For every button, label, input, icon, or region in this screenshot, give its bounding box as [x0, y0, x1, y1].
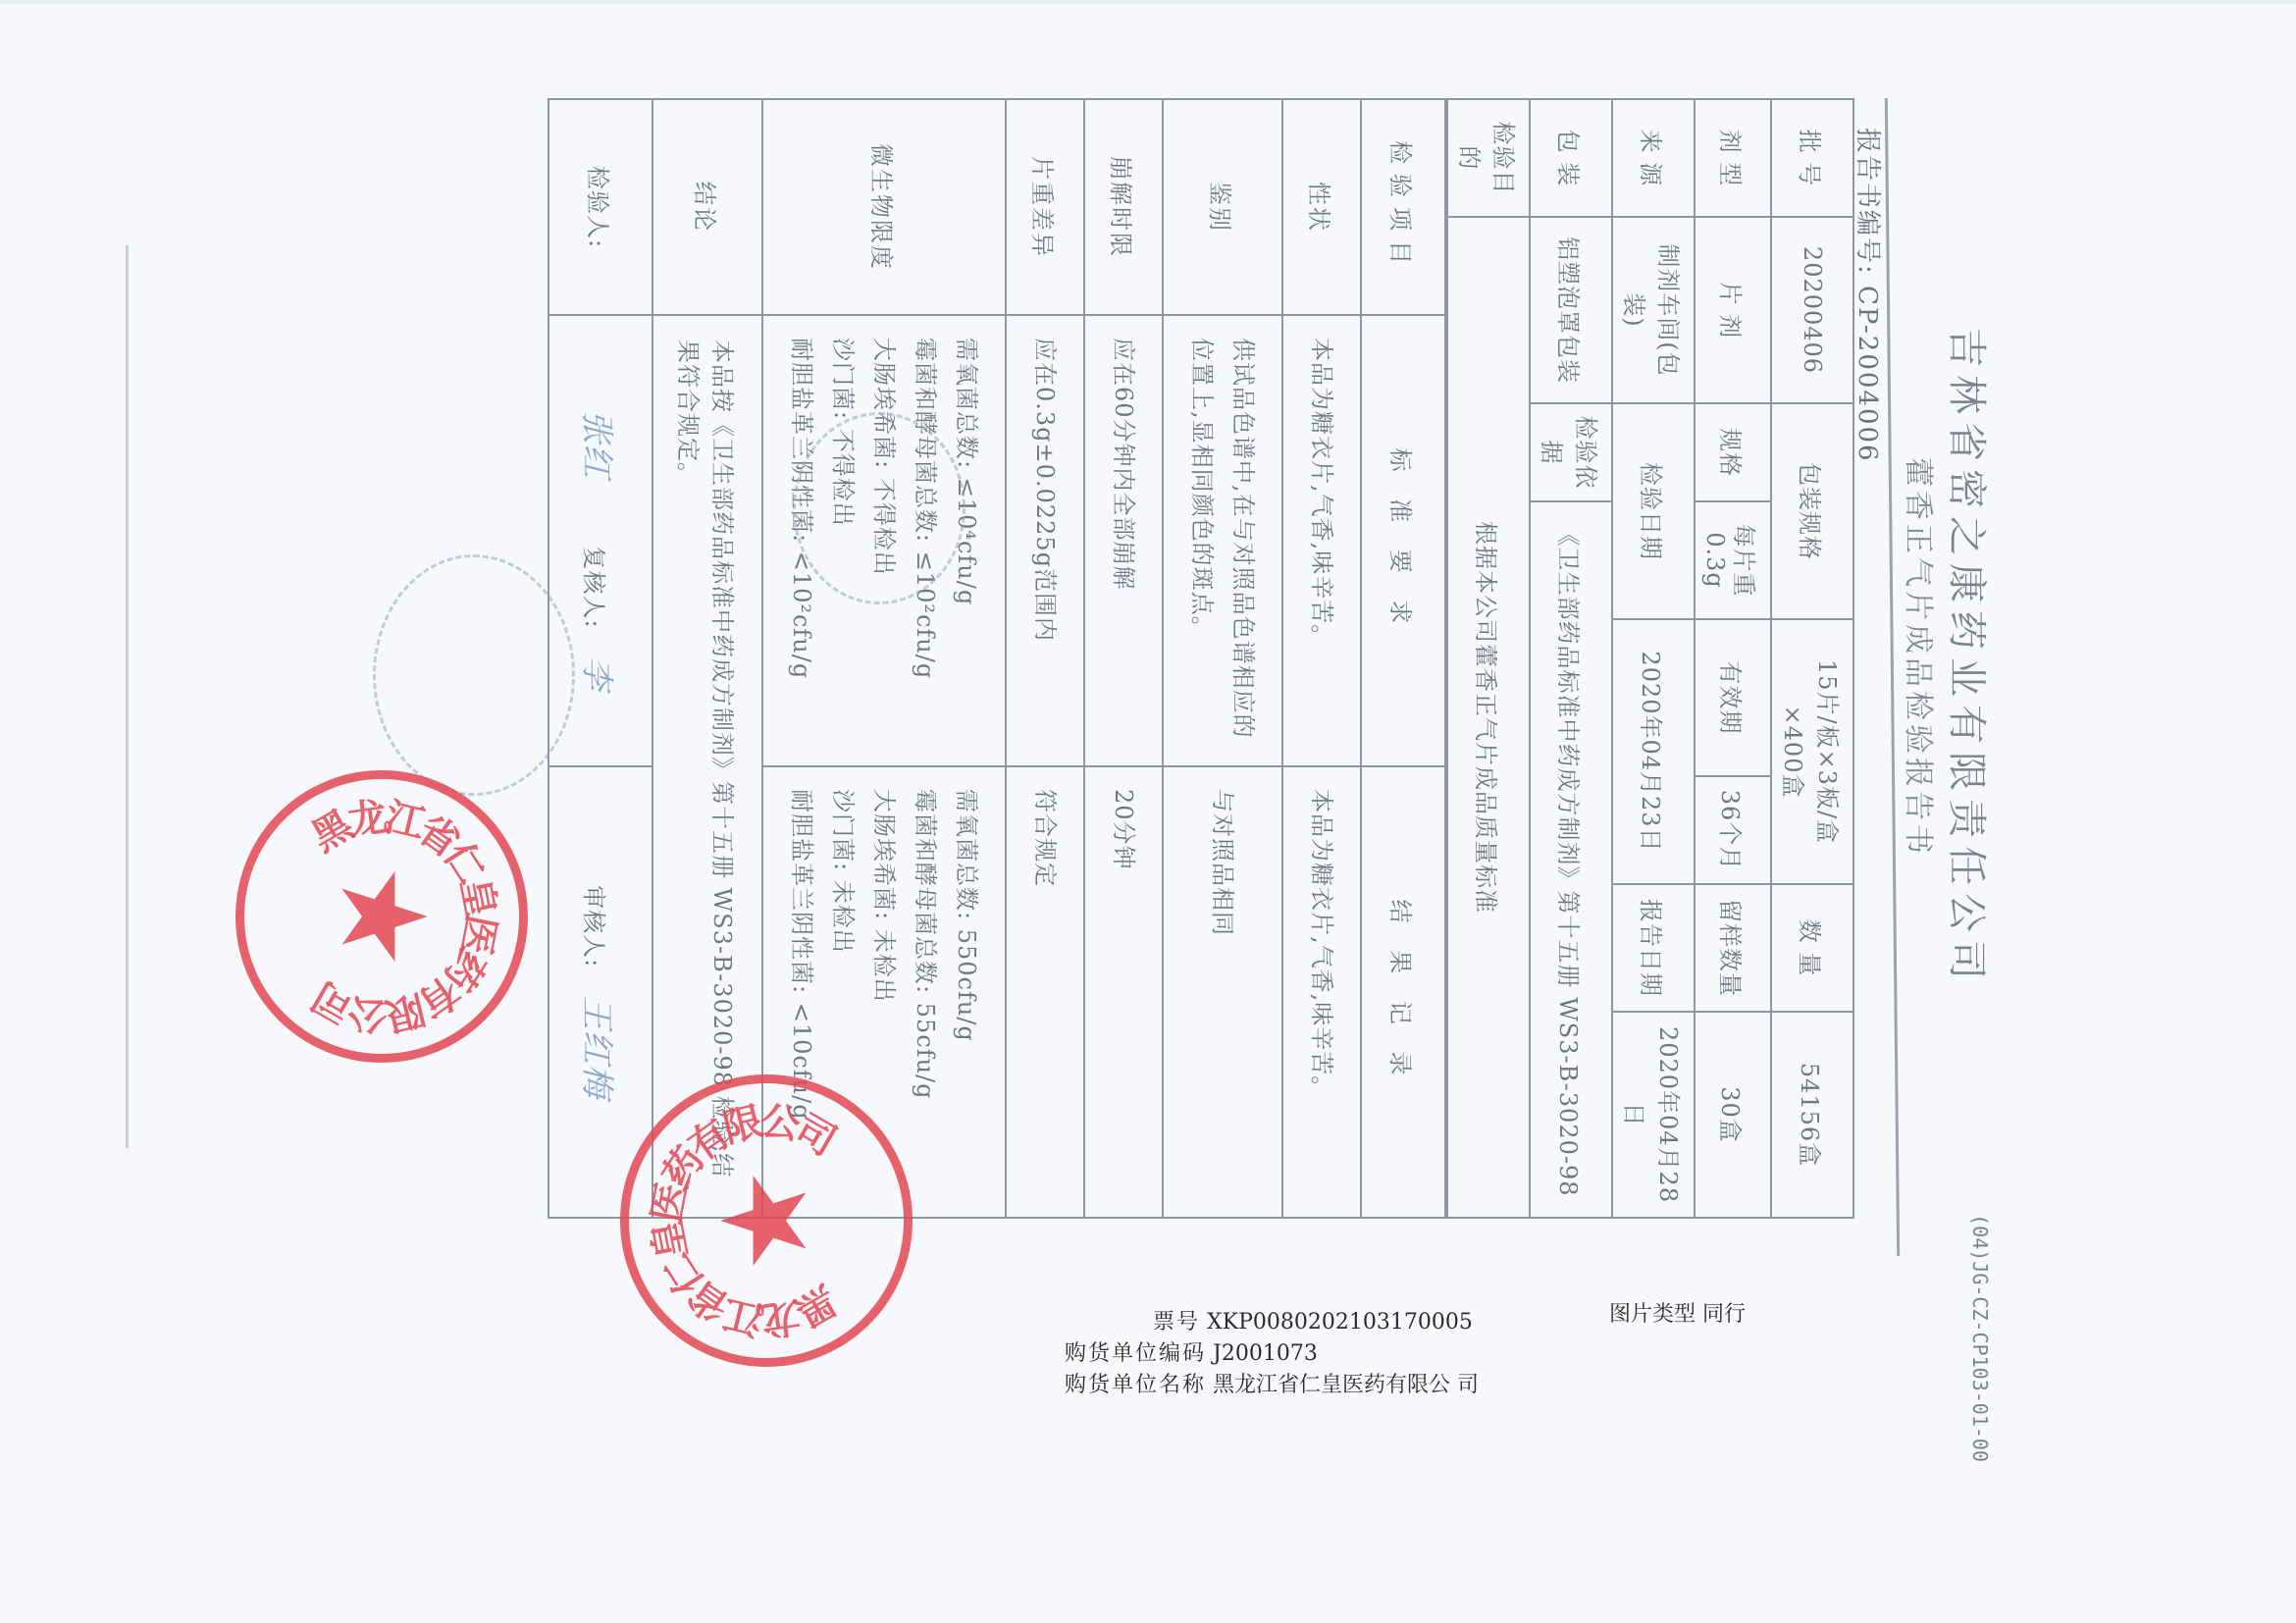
ticket-value: XKP0080202103170005: [1207, 1310, 1473, 1335]
report-date-label: 报告日期: [1612, 884, 1695, 1012]
source-value: 制剂车间(包装): [1612, 217, 1695, 403]
report-number-label: 报告书编号:: [1852, 128, 1882, 276]
basis-label: 检验依据: [1530, 403, 1612, 501]
conclusion-label: 结论: [652, 99, 762, 315]
quantity-value: 54156盒: [1771, 1012, 1853, 1218]
faint-company-seal: [373, 554, 575, 796]
test-result: 20分钟: [1084, 766, 1163, 1218]
tester-label: 检验人:: [585, 166, 612, 248]
star-icon: ★: [707, 1168, 825, 1274]
dosage-form-value: 片 剂: [1695, 217, 1771, 403]
scan-top-edge: [0, 0, 2296, 4]
test-item: 崩解时限: [1084, 99, 1163, 315]
info-row-package: 包 装 铝塑泡罩包装 检验依据 《卫生部药品标准中药成方制剂》第十五册 WS3-…: [1530, 99, 1612, 1218]
header-item: 检验项目: [1361, 99, 1445, 315]
purpose-value: 根据本公司藿香正气片成品质量标准: [1447, 217, 1530, 1218]
test-date-label: 检验日期: [1612, 403, 1695, 619]
quality-control-seal: ★ 黑龙江省仁皇医药有限公司: [620, 1074, 913, 1367]
image-type-value: 同行: [1702, 1302, 1746, 1327]
image-type-line: 图片类型 同行: [1609, 1297, 1746, 1328]
info-row-form: 剂 型 片 剂 规格 每片重0.3g 有效期 36个月 留样数量 30盒: [1695, 99, 1771, 1218]
tester-signature: 张红: [578, 410, 617, 479]
test-row: 鉴别供试品色谱中,在与对照品色谱相应的位置上,显相同颜色的斑点。与对照品相同: [1163, 99, 1282, 1218]
test-result: 符合规定: [1006, 766, 1084, 1218]
report-title: 藿香正气片成品检验报告书: [1900, 98, 1943, 1217]
test-item: 片重差异: [1006, 99, 1084, 315]
reviewer-signature: 李: [578, 656, 617, 691]
batch-value: 20200406: [1771, 217, 1853, 403]
test-result: 与对照品相同: [1163, 766, 1282, 1218]
dosage-form-label: 剂 型: [1695, 99, 1771, 217]
buyer-code-label: 购货单位编码: [1065, 1336, 1206, 1367]
test-item: 性状: [1282, 99, 1361, 315]
test-table-header: 检验项目 标 准 要 求 结 果 记 录: [1361, 99, 1445, 1218]
test-row: 性状本品为糖衣片,气香,味辛苦。本品为糖衣片,气香,味辛苦。: [1282, 99, 1361, 1218]
spec-label: 规格: [1695, 403, 1771, 501]
buyer-code-line: 购货单位编码 J2001073: [1065, 1336, 1318, 1367]
quantity-label: 数 量: [1771, 884, 1853, 1012]
buyer-company-seal: ★ 黑龙江省仁皇医药有限公司: [235, 770, 528, 1063]
test-results-table: 检验项目 标 准 要 求 结 果 记 录 性状本品为糖衣片,气香,味辛苦。本品为…: [548, 98, 1446, 1219]
company-title: 吉林省密之康药业有限责任公司: [1942, 98, 1998, 1217]
ticket-number-line: 票号 XKP0080202103170005: [1153, 1305, 1473, 1335]
buyer-name-label: 购货单位名称: [1065, 1368, 1206, 1398]
product-info-table: 批 号 20200406 包装规格 15片/板×3板/盒×400盒 数 量 54…: [1446, 98, 1854, 1219]
image-type-label: 图片类型: [1609, 1302, 1696, 1327]
test-result: 本品为糖衣片,气香,味辛苦。: [1282, 766, 1361, 1218]
form-code: (04)JG-CZ-CP103-01-00: [1968, 1214, 1992, 1462]
pack-spec-label: 包装规格: [1771, 403, 1853, 619]
report-number: 报告书编号: CP-2004006: [1852, 128, 1888, 463]
pack-spec-value: 15片/板×3板/盒×400盒: [1771, 619, 1853, 884]
test-requirement: 供试品色谱中,在与对照品色谱相应的位置上,显相同颜色的斑点。: [1163, 315, 1282, 766]
ticket-label: 票号: [1153, 1305, 1200, 1335]
basis-value: 《卫生部药品标准中药成方制剂》第十五册 WS3-B-3020-98: [1530, 501, 1612, 1218]
package-value: 铝塑泡罩包装: [1530, 217, 1612, 403]
info-row-batch: 批 号 20200406 包装规格 15片/板×3板/盒×400盒 数 量 54…: [1771, 99, 1853, 1218]
spec-value: 每片重0.3g: [1695, 501, 1771, 619]
retain-value: 30盒: [1695, 1012, 1771, 1218]
header-requirement: 标 准 要 求: [1361, 315, 1445, 766]
buyer-name-value: 黑龙江省仁皇医药有限公 司: [1213, 1373, 1479, 1397]
star-icon: ★: [323, 864, 441, 969]
test-requirement: 应在0.3g±0.0225g范围内: [1006, 315, 1084, 766]
faint-company-seal: [793, 412, 965, 604]
conclusion-row: 结论 本品按《卫生部药品标准中药成方制剂》第十五册 WS3-B-3020-98 …: [652, 99, 762, 1218]
approver-label: 审核人:: [581, 885, 608, 968]
test-row: 崩解时限应在60分钟内全部崩解20分钟: [1084, 99, 1163, 1218]
buyer-name-line: 购货单位名称 黑龙江省仁皇医药有限公 司: [1065, 1368, 1479, 1398]
test-requirement: 本品为糖衣片,气香,味辛苦。: [1282, 315, 1361, 766]
micro-row: 微生物限度 需氧菌总数: ≤10⁴cfu/g霉菌和酵母菌总数: ≤10²cfu/…: [762, 99, 1006, 1218]
test-date-value: 2020年04月23日: [1612, 619, 1695, 884]
test-requirement: 应在60分钟内全部崩解: [1084, 315, 1163, 766]
micro-result-line: 霉菌和酵母菌总数: 55cfu/g: [905, 789, 946, 1195]
test-rows: 性状本品为糖衣片,气香,味辛苦。本品为糖衣片,气香,味辛苦。鉴别供试品色谱中,在…: [1006, 99, 1361, 1218]
micro-item: 微生物限度: [762, 99, 1006, 315]
test-row: 片重差异应在0.3g±0.0225g范围内符合规定: [1006, 99, 1084, 1218]
header-result: 结 果 记 录: [1361, 766, 1445, 1218]
info-row-purpose: 检验目的 根据本公司藿香正气片成品质量标准: [1447, 99, 1530, 1218]
source-label: 来 源: [1612, 99, 1695, 217]
retain-label: 留样数量: [1695, 884, 1771, 1012]
micro-result-line: 需氧菌总数: 550cfu/g: [946, 789, 987, 1195]
report-date-value: 2020年04月28日: [1612, 1012, 1695, 1218]
batch-label: 批 号: [1771, 99, 1853, 217]
tester-cell: 检验人:: [548, 99, 652, 315]
approver-signature: 王红梅: [578, 996, 617, 1099]
expiry-value: 36个月: [1695, 776, 1771, 884]
scan-margin-line: [126, 245, 129, 1148]
buyer-code-value: J2001073: [1213, 1341, 1318, 1366]
info-row-source: 来 源 制剂车间(包装) 检验日期 2020年04月23日 报告日期 2020年…: [1612, 99, 1695, 1218]
purpose-label: 检验目的: [1447, 99, 1530, 217]
reviewer-label: 复核人:: [581, 546, 608, 628]
report-number-value: CP-2004006: [1852, 286, 1882, 463]
test-item: 鉴别: [1163, 99, 1282, 315]
expiry-label: 有效期: [1695, 619, 1771, 776]
package-label: 包 装: [1530, 99, 1612, 217]
inspection-report: 吉林省密之康药业有限责任公司 藿香正气片成品检验报告书 (04)JG-CZ-CP…: [608, 98, 2061, 1217]
report-header: 吉林省密之康药业有限责任公司 藿香正气片成品检验报告书 (04)JG-CZ-CP…: [1854, 98, 2061, 1217]
